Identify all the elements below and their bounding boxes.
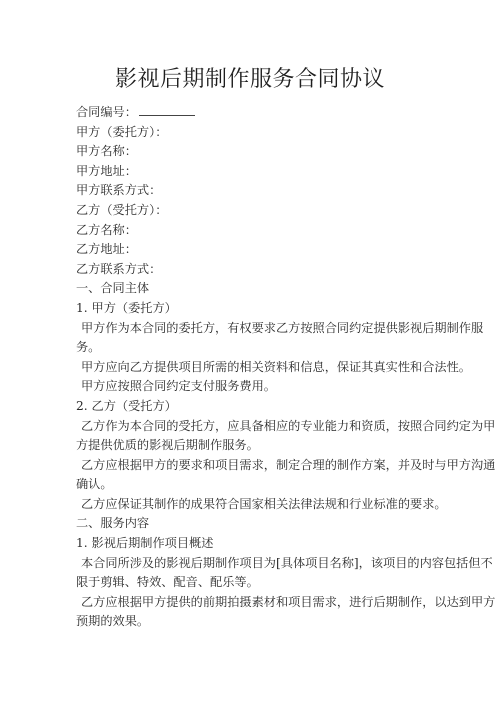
section1-sub2-p2-line2: 确认。 <box>76 475 428 495</box>
section1-sub1-p1-line1: 甲方作为本合同的委托方，有权要求乙方按照合同约定提供影视后期制作服 <box>76 319 428 339</box>
section1-sub2-p2-line1: 乙方应根据甲方的要求和项目需求，制定合理的制作方案，并及时与甲方沟通 <box>76 456 428 476</box>
party-a-contact: 甲方联系方式： <box>76 181 428 201</box>
document-body: 合同编号： 甲方（委托方）： 甲方名称： 甲方地址： 甲方联系方式： 乙方（受托… <box>76 103 428 632</box>
contract-number-blank <box>139 104 195 116</box>
section2-sub1-p1-line2: 限于剪辑、特效、配音、配乐等。 <box>76 573 428 593</box>
section1-sub1-p1-line2: 务。 <box>76 338 428 358</box>
contract-number-line: 合同编号： <box>76 103 428 123</box>
section1-sub1-p3: 甲方应按照合同约定支付服务费用。 <box>76 377 428 397</box>
section1-sub2-heading: 2. 乙方（受托方） <box>76 397 428 417</box>
party-b-heading: 乙方（受托方）： <box>76 201 428 221</box>
section1-sub2-p1-line1: 乙方作为本合同的受托方，应具备相应的专业能力和资质，按照合同约定为甲 <box>76 417 428 437</box>
section1-sub1-p2: 甲方应向乙方提供项目所需的相关资料和信息，保证其真实性和合法性。 <box>76 358 428 378</box>
section2-sub1-p2-line2: 预期的效果。 <box>76 612 428 632</box>
party-a-name: 甲方名称： <box>76 142 428 162</box>
section1-sub2-p1-line2: 方提供优质的影视后期制作服务。 <box>76 436 428 456</box>
party-b-contact: 乙方联系方式： <box>76 260 428 280</box>
section2-heading: 二、服务内容 <box>76 514 428 534</box>
section2-sub1-p2-line1: 乙方应根据甲方提供的前期拍摄素材和项目需求，进行后期制作，以达到甲方 <box>76 593 428 613</box>
section1-heading: 一、合同主体 <box>76 279 428 299</box>
section2-sub1-heading: 1. 影视后期制作项目概述 <box>76 534 428 554</box>
party-b-name: 乙方名称： <box>76 221 428 241</box>
section1-sub1-heading: 1. 甲方（委托方） <box>76 299 428 319</box>
section2-sub1-p1-line1: 本合同所涉及的影视后期制作项目为[具体项目名称]，该项目的内容包括但不 <box>76 554 428 574</box>
contract-number-label: 合同编号： <box>76 105 137 119</box>
party-a-heading: 甲方（委托方）： <box>76 123 428 143</box>
party-b-address: 乙方地址： <box>76 240 428 260</box>
section1-sub2-p3: 乙方应保证其制作的成果符合国家相关法律法规和行业标准的要求。 <box>76 495 428 515</box>
document-title: 影视后期制作服务合同协议 <box>0 62 500 93</box>
party-a-address: 甲方地址： <box>76 162 428 182</box>
